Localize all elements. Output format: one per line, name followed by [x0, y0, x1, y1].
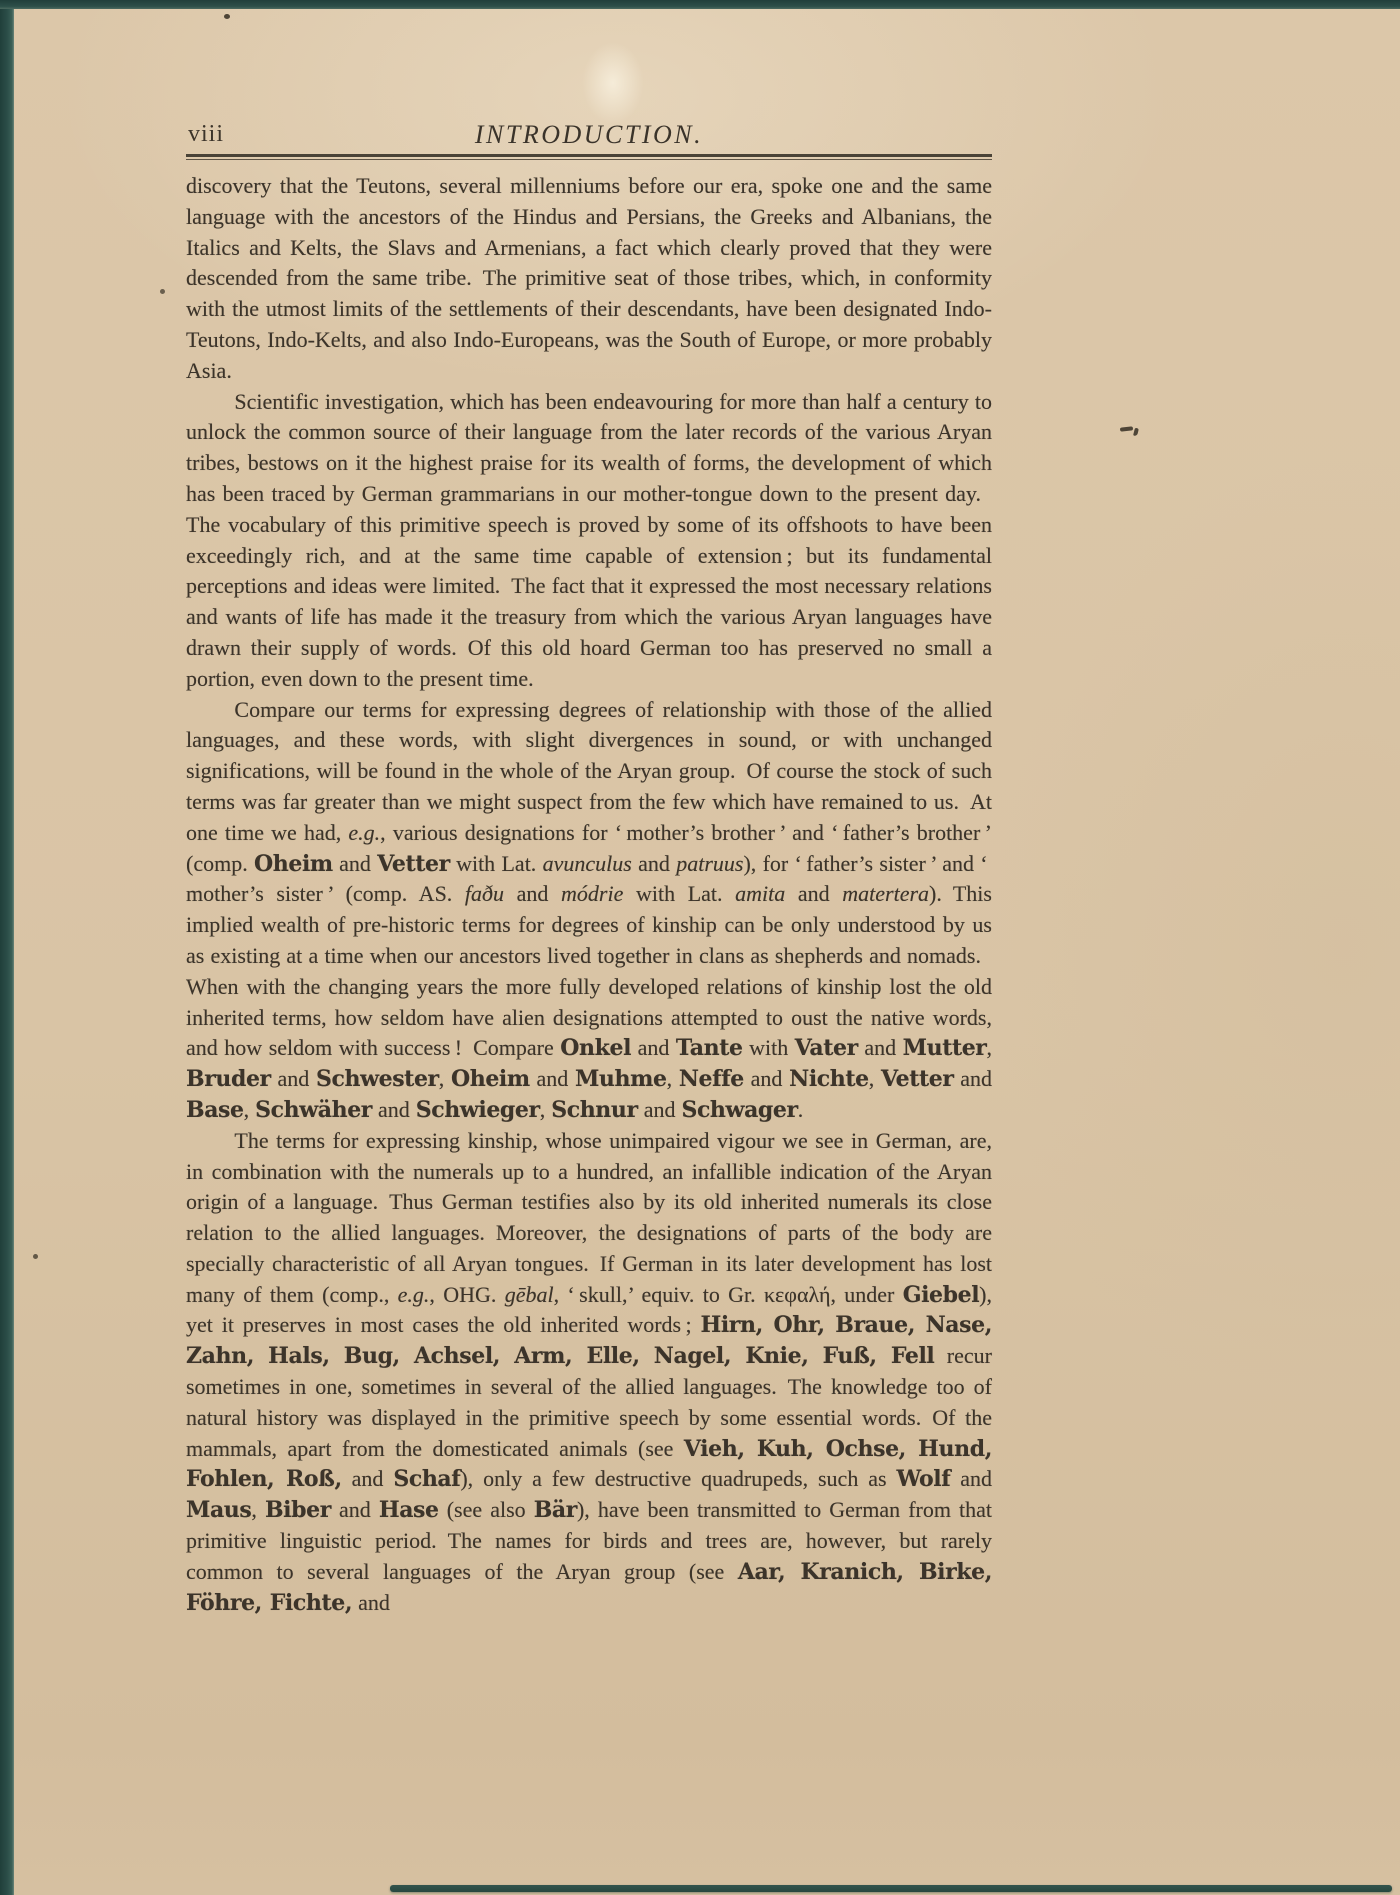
text-run: ,: [987, 1035, 993, 1060]
german-term: Bruder: [186, 1066, 271, 1092]
german-term: Tante: [676, 1035, 743, 1061]
scan-edge-bottom: [390, 1885, 1392, 1892]
text-run: and: [744, 1066, 789, 1091]
german-term: Schwester: [316, 1066, 439, 1092]
text-run: ). This implied wealth of pre-historic t…: [186, 881, 992, 1060]
text-run: The terms for expressing kinship, whose …: [186, 1128, 992, 1307]
german-term: Mutter: [903, 1035, 987, 1061]
german-term: Vetter: [881, 1066, 954, 1092]
text-run: and: [638, 1097, 682, 1122]
page-number: viii: [188, 121, 224, 148]
german-term: Oheim: [254, 851, 333, 877]
text-run: and: [342, 1466, 394, 1491]
page-content: viii INTRODUCTION. discovery that the Te…: [186, 104, 992, 1618]
german-term: Schaf: [393, 1466, 460, 1492]
text-run: ,: [244, 1097, 256, 1122]
scan-speck: [160, 289, 165, 294]
text-run: ,: [439, 1066, 451, 1091]
text-run: ), only a few destructive quadrupeds, su…: [460, 1466, 896, 1491]
italic-term: e.g.: [348, 820, 380, 845]
text-run: and: [504, 881, 561, 906]
scan-mark: [1120, 424, 1142, 438]
italic-term: e.g.: [398, 1282, 430, 1307]
german-term: Onkel: [560, 1035, 631, 1061]
text-run: and: [372, 1097, 416, 1122]
german-term: Giebel: [903, 1282, 979, 1308]
german-term: Hase: [379, 1497, 439, 1523]
italic-term: patruus: [676, 851, 743, 876]
text-run: with: [743, 1035, 795, 1060]
italic-term: gēbal: [505, 1282, 554, 1307]
german-term: Biber: [265, 1497, 331, 1523]
running-title: INTRODUCTION.: [475, 120, 703, 150]
text-run: and: [785, 881, 842, 906]
paragraph-1: discovery that the Teutons, several mill…: [186, 171, 992, 387]
book-page-scan: viii INTRODUCTION. discovery that the Te…: [0, 0, 1400, 1895]
text-run: and: [858, 1035, 903, 1060]
scan-edge-left: [0, 0, 14, 1895]
german-term: Vater: [795, 1035, 858, 1061]
german-term: Schwieger: [416, 1097, 540, 1123]
italic-term: módrie: [561, 881, 623, 906]
text-run: discovery that the Teutons, several mill…: [186, 173, 992, 383]
text-run: , ‘ skull,’ equiv. to Gr. κεφαλή, under: [554, 1282, 903, 1307]
body-text: discovery that the Teutons, several mill…: [186, 160, 992, 1618]
text-run: ,: [251, 1497, 265, 1522]
page-header: viii INTRODUCTION.: [186, 104, 992, 152]
scan-edge-top: [0, 0, 1400, 9]
german-term: Bär: [534, 1497, 577, 1523]
text-run: and: [950, 1466, 992, 1491]
text-run: Scientific investigation, which has been…: [186, 389, 992, 691]
italic-term: avunculus: [543, 851, 632, 876]
text-run: (see also: [439, 1497, 534, 1522]
text-run: with Lat.: [623, 881, 735, 906]
scan-mark-tail: [1133, 428, 1139, 437]
german-term: Oheim: [451, 1066, 530, 1092]
italic-term: faðu: [465, 881, 504, 906]
german-term: Vetter: [377, 851, 450, 877]
scan-speck: [33, 1254, 38, 1259]
text-run: and: [331, 1497, 379, 1522]
text-run: and: [352, 1590, 390, 1615]
text-run: and: [954, 1066, 993, 1091]
text-run: and: [530, 1066, 575, 1091]
text-run: and: [271, 1066, 316, 1091]
italic-term: amita: [735, 881, 785, 906]
text-run: and: [333, 851, 377, 876]
german-term: Neffe: [679, 1066, 744, 1092]
text-run: with Lat.: [450, 851, 543, 876]
paragraph-3: Compare our terms for expressing degrees…: [186, 695, 992, 1126]
text-run: and: [631, 1035, 676, 1060]
text-run: , OHG.: [429, 1282, 504, 1307]
scan-mark-dash: [1120, 426, 1133, 431]
scan-speck: [224, 14, 230, 19]
german-term: Schnur: [551, 1097, 637, 1123]
german-term: Wolf: [897, 1466, 951, 1492]
german-term: Base: [186, 1097, 244, 1123]
italic-term: matertera: [842, 881, 929, 906]
text-run: .: [798, 1097, 804, 1122]
text-run: and: [632, 851, 676, 876]
paragraph-4: The terms for expressing kinship, whose …: [186, 1126, 992, 1619]
german-term: Muhme: [575, 1066, 667, 1092]
german-term: Nichte: [789, 1066, 869, 1092]
german-term: Schwager: [681, 1097, 797, 1123]
german-term: Maus: [186, 1497, 251, 1523]
paragraph-2: Scientific investigation, which has been…: [186, 387, 992, 695]
text-run: ,: [540, 1097, 552, 1122]
german-term: Schwäher: [255, 1097, 372, 1123]
text-run: ,: [869, 1066, 881, 1091]
text-run: ,: [667, 1066, 679, 1091]
